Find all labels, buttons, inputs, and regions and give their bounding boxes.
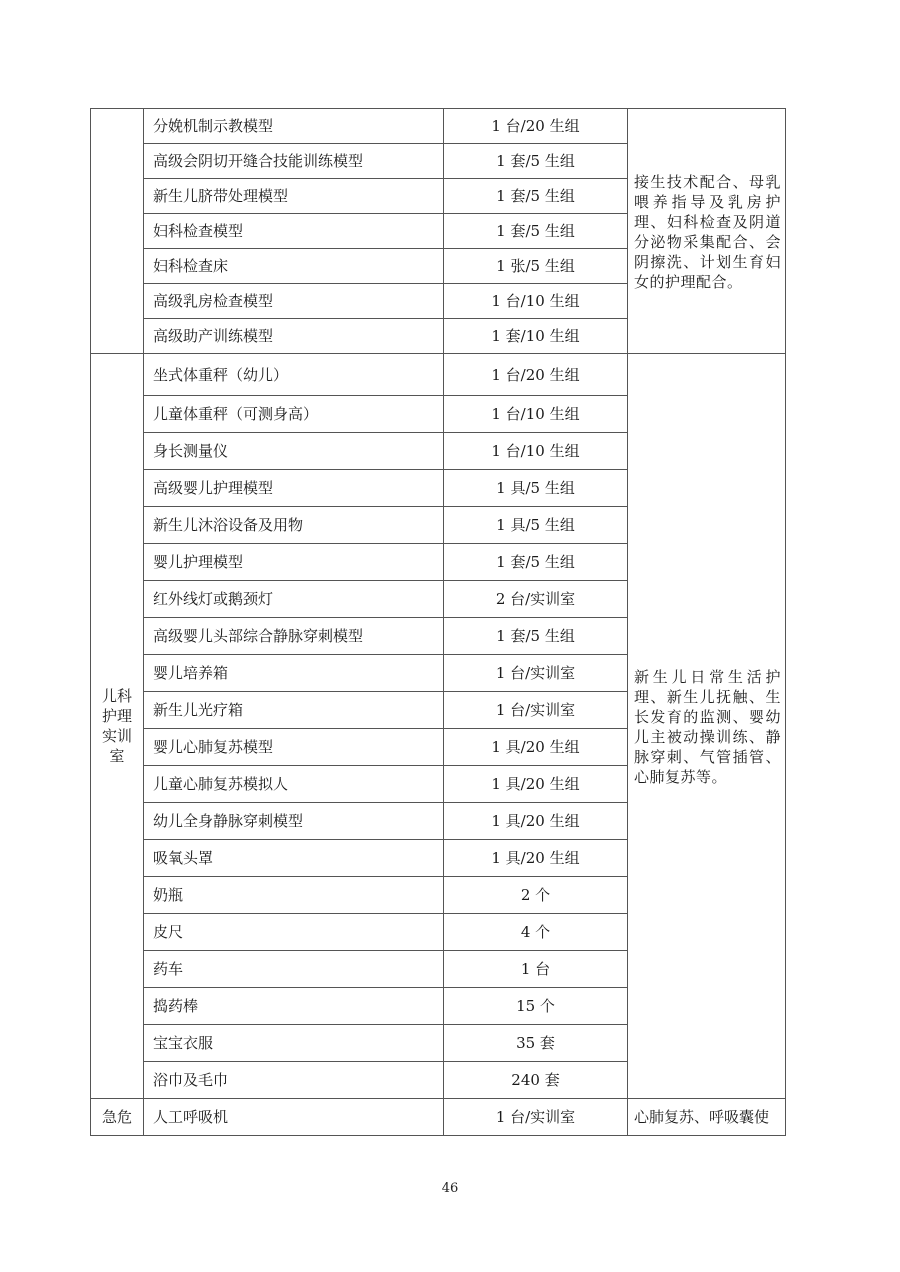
page-number: 46 (0, 1181, 900, 1196)
equipment-quantity: 2 个 (444, 877, 628, 914)
training-description: 接生技术配合、母乳喂养指导及乳房护理、妇科检查及阴道分泌物采集配合、会阴擦洗、计… (628, 109, 786, 354)
equipment-name: 婴儿护理模型 (144, 544, 444, 581)
room-cell (91, 109, 144, 354)
equipment-name: 婴儿心肺复苏模型 (144, 729, 444, 766)
equipment-quantity: 1 套/5 生组 (444, 144, 628, 179)
equipment-name: 新生儿沐浴设备及用物 (144, 507, 444, 544)
equipment-quantity: 1 套/5 生组 (444, 618, 628, 655)
equipment-quantity: 1 张/5 生组 (444, 249, 628, 284)
equipment-name: 妇科检查床 (144, 249, 444, 284)
equipment-quantity: 1 台/实训室 (444, 1099, 628, 1136)
equipment-name: 高级婴儿头部综合静脉穿刺模型 (144, 618, 444, 655)
equipment-name: 儿童体重秤（可测身高） (144, 396, 444, 433)
equipment-name: 高级乳房检查模型 (144, 284, 444, 319)
table-row: 儿科护理实训室 坐式体重秤（幼儿） 1 台/20 生组 新生儿日常生活护理、新生… (91, 354, 786, 396)
equipment-name: 新生儿光疗箱 (144, 692, 444, 729)
equipment-table: 分娩机制示教模型 1 台/20 生组 接生技术配合、母乳喂养指导及乳房护理、妇科… (90, 108, 786, 1136)
table-row: 急危 人工呼吸机 1 台/实训室 心肺复苏、呼吸囊使 (91, 1099, 786, 1136)
equipment-name: 吸氧头罩 (144, 840, 444, 877)
document-page: 分娩机制示教模型 1 台/20 生组 接生技术配合、母乳喂养指导及乳房护理、妇科… (0, 0, 900, 1272)
equipment-quantity: 1 具/20 生组 (444, 803, 628, 840)
equipment-name: 分娩机制示教模型 (144, 109, 444, 144)
equipment-quantity: 1 具/20 生组 (444, 729, 628, 766)
equipment-name: 红外线灯或鹅颈灯 (144, 581, 444, 618)
equipment-name: 捣药棒 (144, 988, 444, 1025)
equipment-quantity: 1 台/10 生组 (444, 284, 628, 319)
equipment-name: 人工呼吸机 (144, 1099, 444, 1136)
equipment-quantity: 1 具/20 生组 (444, 766, 628, 803)
equipment-name: 新生儿脐带处理模型 (144, 179, 444, 214)
equipment-name: 药车 (144, 951, 444, 988)
equipment-quantity: 4 个 (444, 914, 628, 951)
equipment-name: 高级婴儿护理模型 (144, 470, 444, 507)
equipment-quantity: 1 套/5 生组 (444, 544, 628, 581)
equipment-name: 高级助产训练模型 (144, 319, 444, 354)
equipment-name: 身长测量仪 (144, 433, 444, 470)
table-row: 分娩机制示教模型 1 台/20 生组 接生技术配合、母乳喂养指导及乳房护理、妇科… (91, 109, 786, 144)
room-cell: 儿科护理实训室 (91, 354, 144, 1099)
equipment-quantity: 1 台/20 生组 (444, 109, 628, 144)
equipment-name: 奶瓶 (144, 877, 444, 914)
equipment-name: 婴儿培养箱 (144, 655, 444, 692)
equipment-quantity: 1 台/10 生组 (444, 396, 628, 433)
equipment-quantity: 1 具/5 生组 (444, 470, 628, 507)
equipment-quantity: 1 套/5 生组 (444, 179, 628, 214)
equipment-name: 坐式体重秤（幼儿） (144, 354, 444, 396)
equipment-name: 皮尺 (144, 914, 444, 951)
training-description: 心肺复苏、呼吸囊使 (628, 1099, 786, 1136)
equipment-quantity: 1 套/5 生组 (444, 214, 628, 249)
equipment-name: 浴巾及毛巾 (144, 1062, 444, 1099)
equipment-quantity: 1 台/实训室 (444, 655, 628, 692)
equipment-quantity: 35 套 (444, 1025, 628, 1062)
equipment-name: 高级会阴切开缝合技能训练模型 (144, 144, 444, 179)
equipment-quantity: 1 台 (444, 951, 628, 988)
equipment-name: 幼儿全身静脉穿刺模型 (144, 803, 444, 840)
equipment-quantity: 1 台/20 生组 (444, 354, 628, 396)
equipment-quantity: 1 台/10 生组 (444, 433, 628, 470)
equipment-quantity: 240 套 (444, 1062, 628, 1099)
equipment-name: 妇科检查模型 (144, 214, 444, 249)
equipment-quantity: 1 具/5 生组 (444, 507, 628, 544)
equipment-name: 宝宝衣服 (144, 1025, 444, 1062)
equipment-quantity: 15 个 (444, 988, 628, 1025)
room-cell: 急危 (91, 1099, 144, 1136)
equipment-quantity: 1 套/10 生组 (444, 319, 628, 354)
training-description: 新生儿日常生活护理、新生儿抚触、生长发育的监测、婴幼儿主被动操训练、静脉穿刺、气… (628, 354, 786, 1099)
equipment-name: 儿童心肺复苏模拟人 (144, 766, 444, 803)
equipment-quantity: 1 具/20 生组 (444, 840, 628, 877)
equipment-quantity: 2 台/实训室 (444, 581, 628, 618)
equipment-quantity: 1 台/实训室 (444, 692, 628, 729)
